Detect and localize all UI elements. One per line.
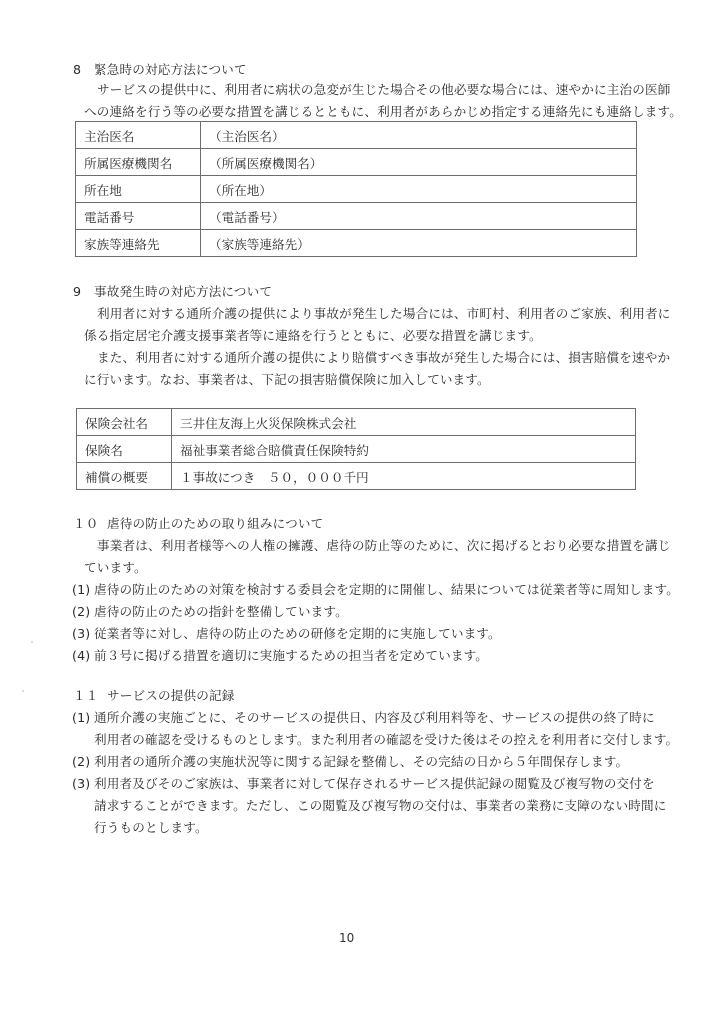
table-row: 主治医名 （主治医名）: [76, 122, 637, 149]
table-row: 所在地 （所在地）: [76, 176, 637, 203]
section-10-number: １０: [73, 516, 99, 532]
list-item: 前３号に掲げる措置を適切に実施するための担当者を定めています。: [94, 648, 488, 664]
scan-speck: [22, 690, 24, 692]
list-item-marker: (4): [72, 648, 90, 664]
table-label-cell: 保険会社名: [77, 409, 172, 436]
list-item-marker: (2): [72, 604, 90, 620]
list-item-marker: (1): [72, 582, 90, 598]
section-9-title: 事故発生時の対応方法について: [94, 284, 272, 300]
list-item-marker: (3): [72, 776, 90, 792]
table-row: 補償の概要 １事故につき ５０，０００千円: [77, 463, 636, 490]
table-row: 所属医療機関名 （所属医療機関名）: [76, 149, 637, 176]
section-9-paragraph-line: 係る指定居宅介護支援事業者等に連絡を行うとともに、必要な措置を講じます。: [84, 328, 542, 344]
table-value-cell: （所属医療機関名）: [201, 149, 637, 176]
table-label-cell: 主治医名: [76, 122, 201, 149]
section-8-paragraph-line: への連絡を行う等の必要な措置を講じるとともに、利用者があらかじめ指定する連絡先に…: [84, 104, 682, 120]
section-10-paragraph-line: ています。: [84, 560, 147, 576]
table-label-cell: 所在地: [76, 176, 201, 203]
table-row: 保険会社名 三井住友海上火災保険株式会社: [77, 409, 636, 436]
section-8-title: 緊急時の対応方法について: [94, 62, 247, 78]
section-8-paragraph-line: サービスの提供中に、利用者に病状の急変が生じた場合その他必要な場合には、速やかに…: [97, 82, 670, 98]
list-item: 利用者及びそのご家族は、事業者に対して保存されるサービス提供記録の閲覧及び複写物…: [94, 776, 655, 792]
section-8-number: 8: [73, 62, 81, 78]
table-label-cell: 電話番号: [76, 203, 201, 230]
list-item-continuation: 請求することができます。ただし、この閲覧及び複写物の交付は、事業者の業務に支障の…: [94, 798, 666, 814]
liability-insurance-table: 保険会社名 三井住友海上火災保険株式会社 保険名 福祉事業者総合賠償責任保険特約…: [76, 408, 636, 490]
list-item: 従業者等に対し、虐待の防止のための研修を定期的に実施しています。: [94, 626, 501, 642]
table-label-cell: 補償の概要: [77, 463, 172, 490]
list-item-continuation: 行うものとします。: [94, 820, 208, 836]
emergency-contact-table: 主治医名 （主治医名） 所属医療機関名 （所属医療機関名） 所在地 （所在地） …: [75, 121, 637, 257]
table-value-cell: （電話番号）: [201, 203, 637, 230]
scan-speck: [31, 641, 33, 643]
list-item-continuation: 利用者の確認を受けるものとします。また利用者の確認を受けた後はその控えを利用者に…: [94, 732, 678, 748]
table-value-cell: １事故につき ５０，０００千円: [172, 463, 636, 490]
table-value-cell: （家族等連絡先）: [201, 230, 637, 257]
section-10-paragraph-line: 事業者は、利用者様等への人権の擁護、虐待の防止等のために、次に掲げるとおり必要な…: [97, 538, 670, 554]
table-label-cell: 家族等連絡先: [76, 230, 201, 257]
table-row: 保険名 福祉事業者総合賠償責任保険特約: [77, 436, 636, 463]
table-value-cell: 三井住友海上火災保険株式会社: [172, 409, 636, 436]
table-label-cell: 保険名: [77, 436, 172, 463]
list-item-marker: (3): [72, 626, 90, 642]
list-item: 虐待の防止のための指針を整備しています。: [94, 604, 348, 620]
table-label-cell: 所属医療機関名: [76, 149, 201, 176]
table-row: 家族等連絡先 （家族等連絡先）: [76, 230, 637, 257]
table-value-cell: （主治医名）: [201, 122, 637, 149]
section-9-paragraph-line: 利用者に対する通所介護の提供により事故が発生した場合には、市町村、利用者のご家族…: [97, 306, 670, 322]
page-number: 10: [339, 931, 354, 945]
table-row: 電話番号 （電話番号）: [76, 203, 637, 230]
section-9-paragraph-line: に行います。なお、事業者は、下記の損害賠償保険に加入しています。: [84, 372, 490, 388]
list-item-marker: (2): [72, 754, 90, 770]
section-9-number: 9: [73, 284, 81, 300]
list-item: 虐待の防止のための対策を検討する委員会を定期的に開催し、結果については従業者等に…: [94, 582, 679, 598]
section-11-title: サービスの提供の記録: [107, 688, 234, 704]
section-9-paragraph-line: また、利用者に対する通所介護の提供により賠償すべき事故が発生した場合には、損害賠…: [97, 350, 670, 366]
section-10-title: 虐待の防止のための取り組みについて: [107, 516, 323, 532]
section-11-number: １１: [73, 688, 99, 704]
table-value-cell: （所在地）: [201, 176, 637, 203]
table-value-cell: 福祉事業者総合賠償責任保険特約: [172, 436, 636, 463]
list-item: 利用者の通所介護の実施状況等に関する記録を整備し、その完結の日から５年間保存しま…: [94, 754, 628, 770]
list-item: 通所介護の実施ごとに、そのサービスの提供日、内容及び利用料等を、サービスの提供の…: [94, 710, 655, 726]
list-item-marker: (1): [72, 710, 90, 726]
